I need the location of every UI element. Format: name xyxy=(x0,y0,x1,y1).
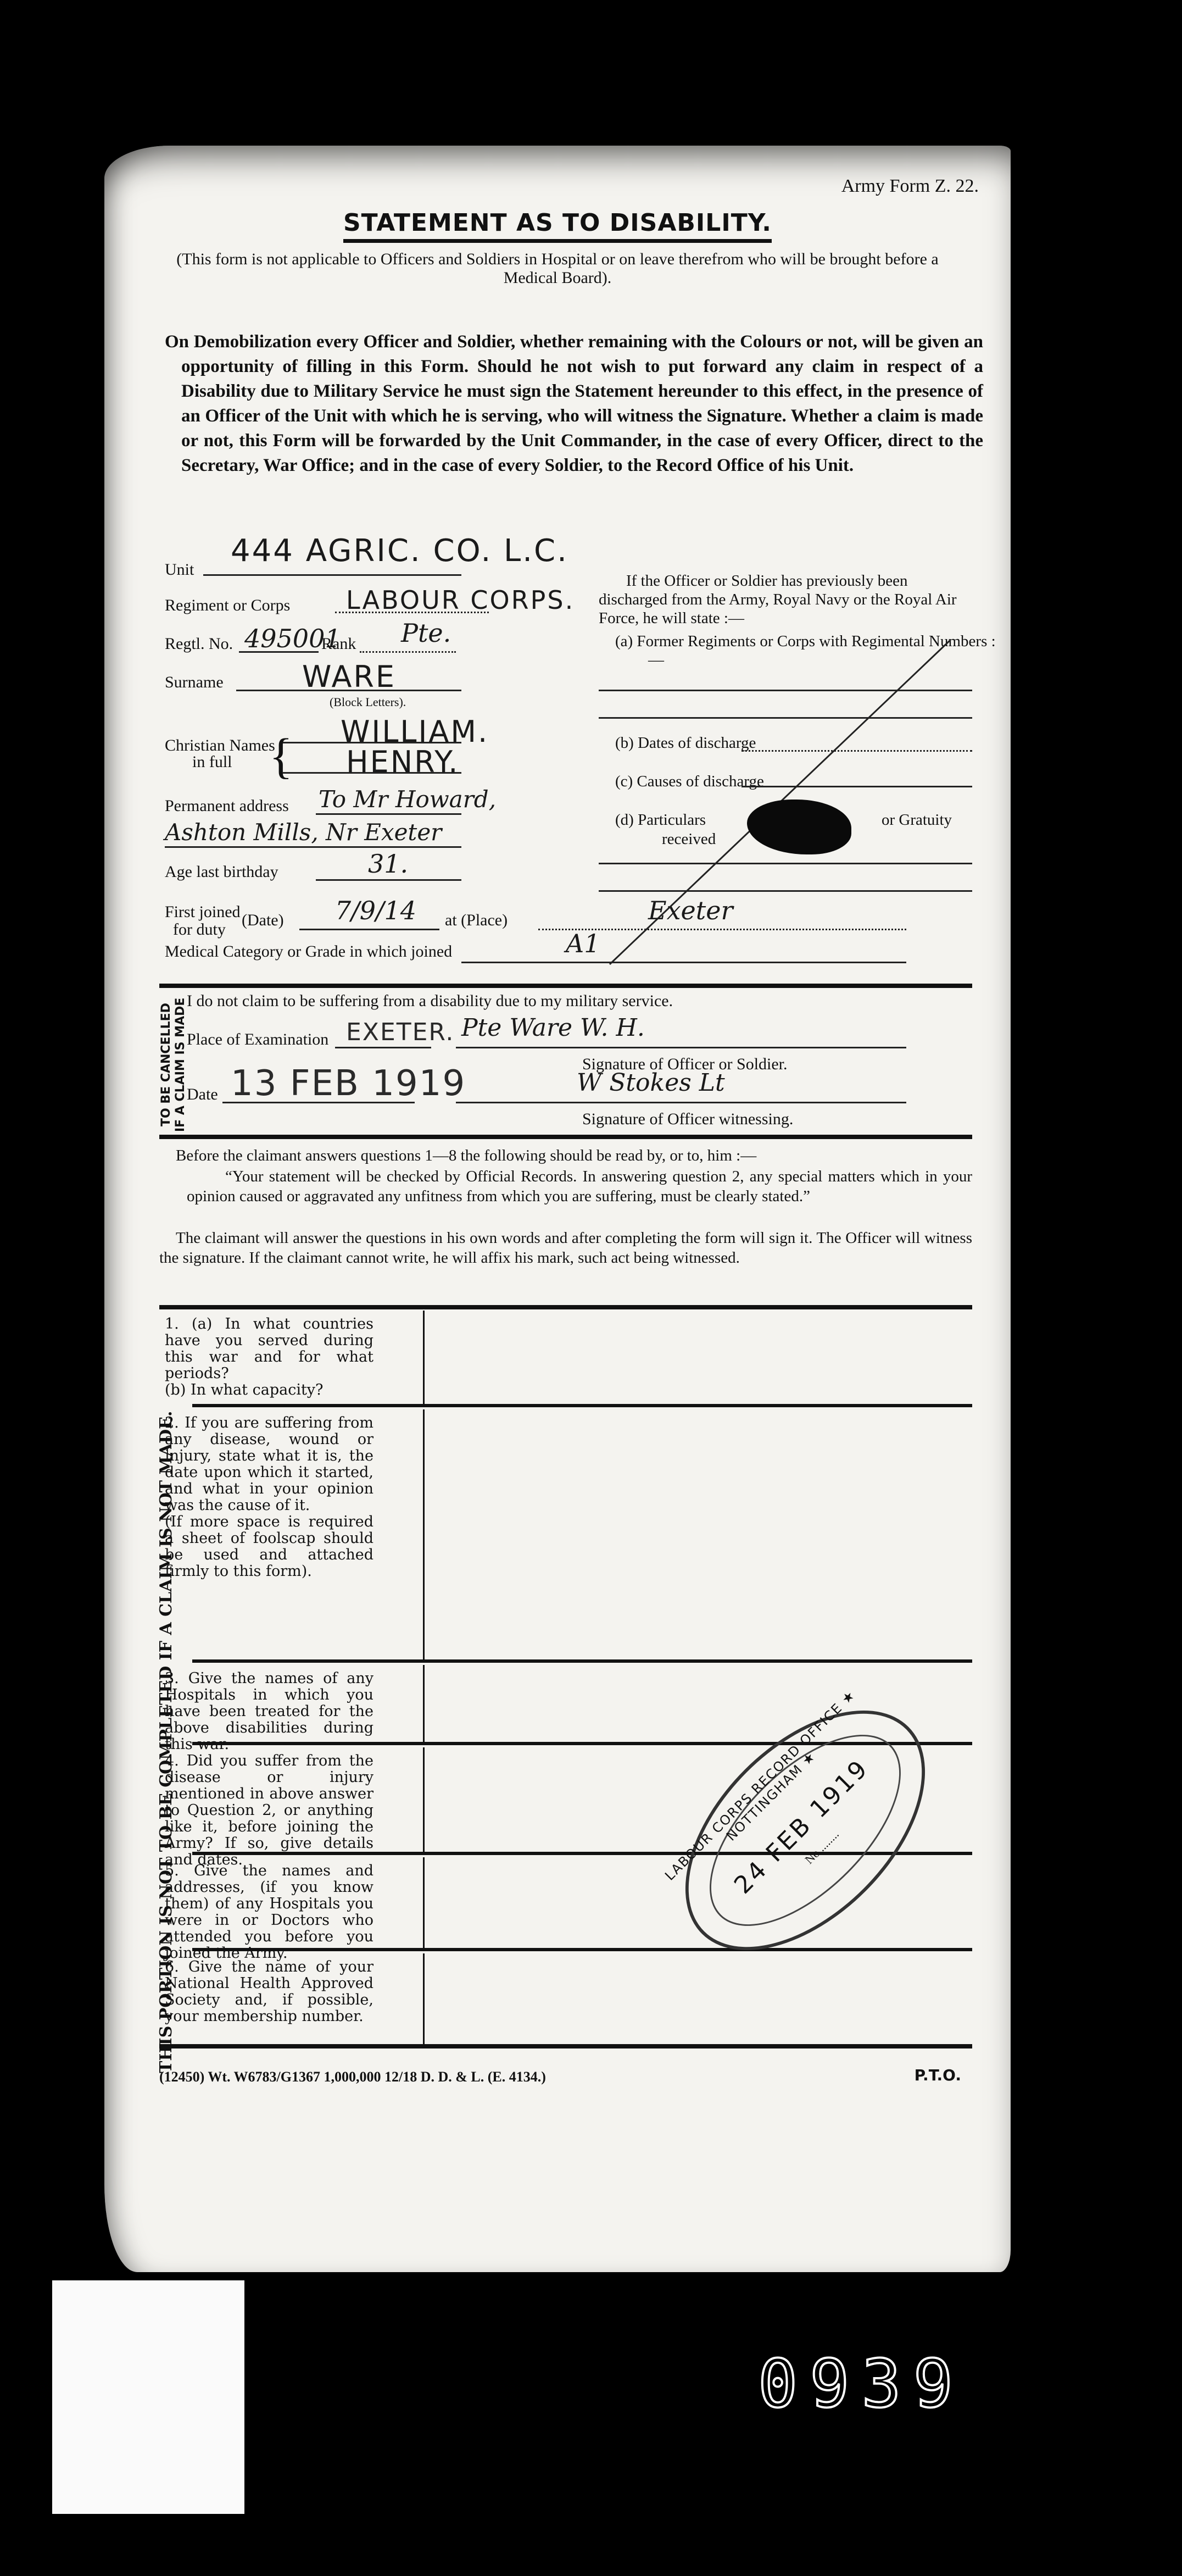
address-line-2 xyxy=(165,846,461,848)
instructions-quote: “Your statement will be checked by Offic… xyxy=(187,1167,972,1206)
age-label: Age last birthday xyxy=(165,863,278,881)
place-label: at (Place) xyxy=(445,911,508,930)
rank-line xyxy=(360,651,456,653)
intro-paragraph: On Demobilization every Officer and Sold… xyxy=(165,330,983,478)
date-line xyxy=(299,929,439,930)
date-label: (Date) xyxy=(242,911,284,930)
question-2: 2. If you are suffering from any disease… xyxy=(165,1415,373,1580)
question-6: 6. Give the name of your National Health… xyxy=(165,1959,373,2025)
declaration-bottom-rule xyxy=(159,1135,972,1139)
q2-divider xyxy=(423,1409,425,1659)
cancel-label-1: TO BE CANCELLED xyxy=(159,1003,173,1126)
frame-counter: 0939 xyxy=(758,2346,965,2423)
cancel-label-2: IF A CLAIM IS MADE xyxy=(174,997,187,1131)
regiment-value[interactable]: LABOUR CORPS. xyxy=(346,585,575,615)
instructions-claimant: The claimant will answer the questions i… xyxy=(159,1228,972,1268)
christian-names-label: Christian Names xyxy=(165,736,275,755)
place-of-exam-value[interactable]: EXETER. xyxy=(346,1018,454,1046)
questions-bottom-rule xyxy=(159,2044,972,2048)
question-3: 3. Give the names of any Hospitals in wh… xyxy=(165,1670,373,1753)
question-5: 5. Give the names and addresses, (if you… xyxy=(165,1863,373,1962)
answer-2[interactable] xyxy=(434,1412,967,1654)
age-value[interactable]: 31. xyxy=(368,849,408,879)
unit-value[interactable]: 444 AGRIC. CO. L.C. xyxy=(231,533,568,569)
unit-line xyxy=(203,574,461,576)
form-subtitle: (This form is not applicable to Officers… xyxy=(170,250,945,287)
age-line xyxy=(316,879,461,881)
officer-signature[interactable]: W Stokes Lt xyxy=(577,1069,725,1097)
declaration-top-rule xyxy=(159,984,972,988)
form-title: STATEMENT AS TO DISABILITY. xyxy=(104,209,1011,237)
place-of-exam-line xyxy=(335,1047,431,1048)
q1-rule xyxy=(192,1404,972,1407)
print-code: (12450) Wt. W6783/G1367 1,000,000 12/18 … xyxy=(159,2069,546,2085)
question-5-text: 5. Give the names and addresses, (if you… xyxy=(165,1862,373,1962)
form-sheet: Army Form Z. 22. STATEMENT AS TO DISABIL… xyxy=(104,146,1011,2272)
christian-name-2[interactable]: HENRY. xyxy=(346,745,459,779)
address-value-1[interactable]: To Mr Howard, xyxy=(319,786,496,813)
soldier-signature-line xyxy=(456,1047,906,1048)
q6-divider xyxy=(423,1953,425,2044)
answer-6[interactable] xyxy=(434,1956,967,2041)
q4-divider xyxy=(423,1747,425,1852)
christian-names-label-2: in full xyxy=(192,753,232,771)
question-2-text: 2. If you are suffering from any disease… xyxy=(165,1414,373,1580)
q5-rule xyxy=(192,1948,972,1951)
q5-divider xyxy=(423,1857,425,1948)
question-3-text: 3. Give the names of any Hospitals in wh… xyxy=(165,1670,373,1753)
regtl-no-label: Regtl. No. xyxy=(165,635,233,653)
declaration-date-label: Date xyxy=(187,1085,218,1104)
address-value-2[interactable]: Ashton Mills, Nr Exeter xyxy=(165,819,442,846)
pto-label: P.T.O. xyxy=(915,2066,961,2084)
question-6-text: 6. Give the name of your National Health… xyxy=(165,1958,373,2025)
address-line-1 xyxy=(316,813,461,815)
brace-icon: { xyxy=(269,728,293,785)
date-value[interactable]: 7/9/14 xyxy=(335,896,416,925)
rank-value[interactable]: Pte. xyxy=(401,618,451,648)
scan-target-card xyxy=(52,2280,244,2514)
q2-rule xyxy=(192,1659,972,1663)
regiment-label: Regiment or Corps xyxy=(165,596,290,615)
form-number: Army Form Z. 22. xyxy=(841,176,979,197)
place-of-exam-label: Place of Examination xyxy=(187,1030,328,1049)
declaration-date-value[interactable]: 13 FEB 1919 xyxy=(231,1063,466,1104)
questions-top-rule xyxy=(159,1305,972,1309)
answer-1[interactable] xyxy=(434,1316,967,1398)
soldier-signature[interactable]: Pte Ware W. H. xyxy=(461,1014,645,1042)
unit-label: Unit xyxy=(165,560,194,579)
first-joined-label: First joined xyxy=(165,903,241,921)
address-label: Permanent address xyxy=(165,797,289,815)
medical-label: Medical Category or Grade in which joine… xyxy=(165,942,452,961)
rank-label: Rank xyxy=(321,635,356,653)
surname-label: Surname xyxy=(165,673,224,692)
officer-signature-label: Signature of Officer witnessing. xyxy=(582,1110,793,1129)
first-joined-label-2: for duty xyxy=(173,920,226,939)
question-1: 1. (a) In what countries have you served… xyxy=(165,1316,373,1398)
block-letters-note: (Block Letters). xyxy=(330,695,406,709)
question-1-text: 1. (a) In what countries have you served… xyxy=(165,1315,373,1398)
medical-value[interactable]: A1 xyxy=(566,929,600,958)
instructions-intro: Before the claimant answers questions 1—… xyxy=(176,1146,756,1165)
surname-value[interactable]: WARE xyxy=(302,659,396,694)
no-claim-statement: I do not claim to be suffering from a di… xyxy=(187,992,673,1011)
cancel-side-label: TO BE CANCELLEDIF A CLAIM IS MADE xyxy=(159,995,188,1135)
previous-discharge-intro: If the Officer or Soldier has previously… xyxy=(599,571,978,628)
q3-divider xyxy=(423,1665,425,1742)
form-title-text: STATEMENT AS TO DISABILITY. xyxy=(343,209,772,243)
christian-name-1[interactable]: WILLIAM. xyxy=(341,714,489,749)
question-4: 4. Did you suffer from the disease or in… xyxy=(165,1753,373,1868)
intro-text: On Demobilization every Officer and Sold… xyxy=(165,330,983,478)
question-4-text: 4. Did you suffer from the disease or in… xyxy=(165,1752,373,1868)
officer-signature-line xyxy=(456,1102,906,1103)
q1-divider xyxy=(423,1311,425,1404)
